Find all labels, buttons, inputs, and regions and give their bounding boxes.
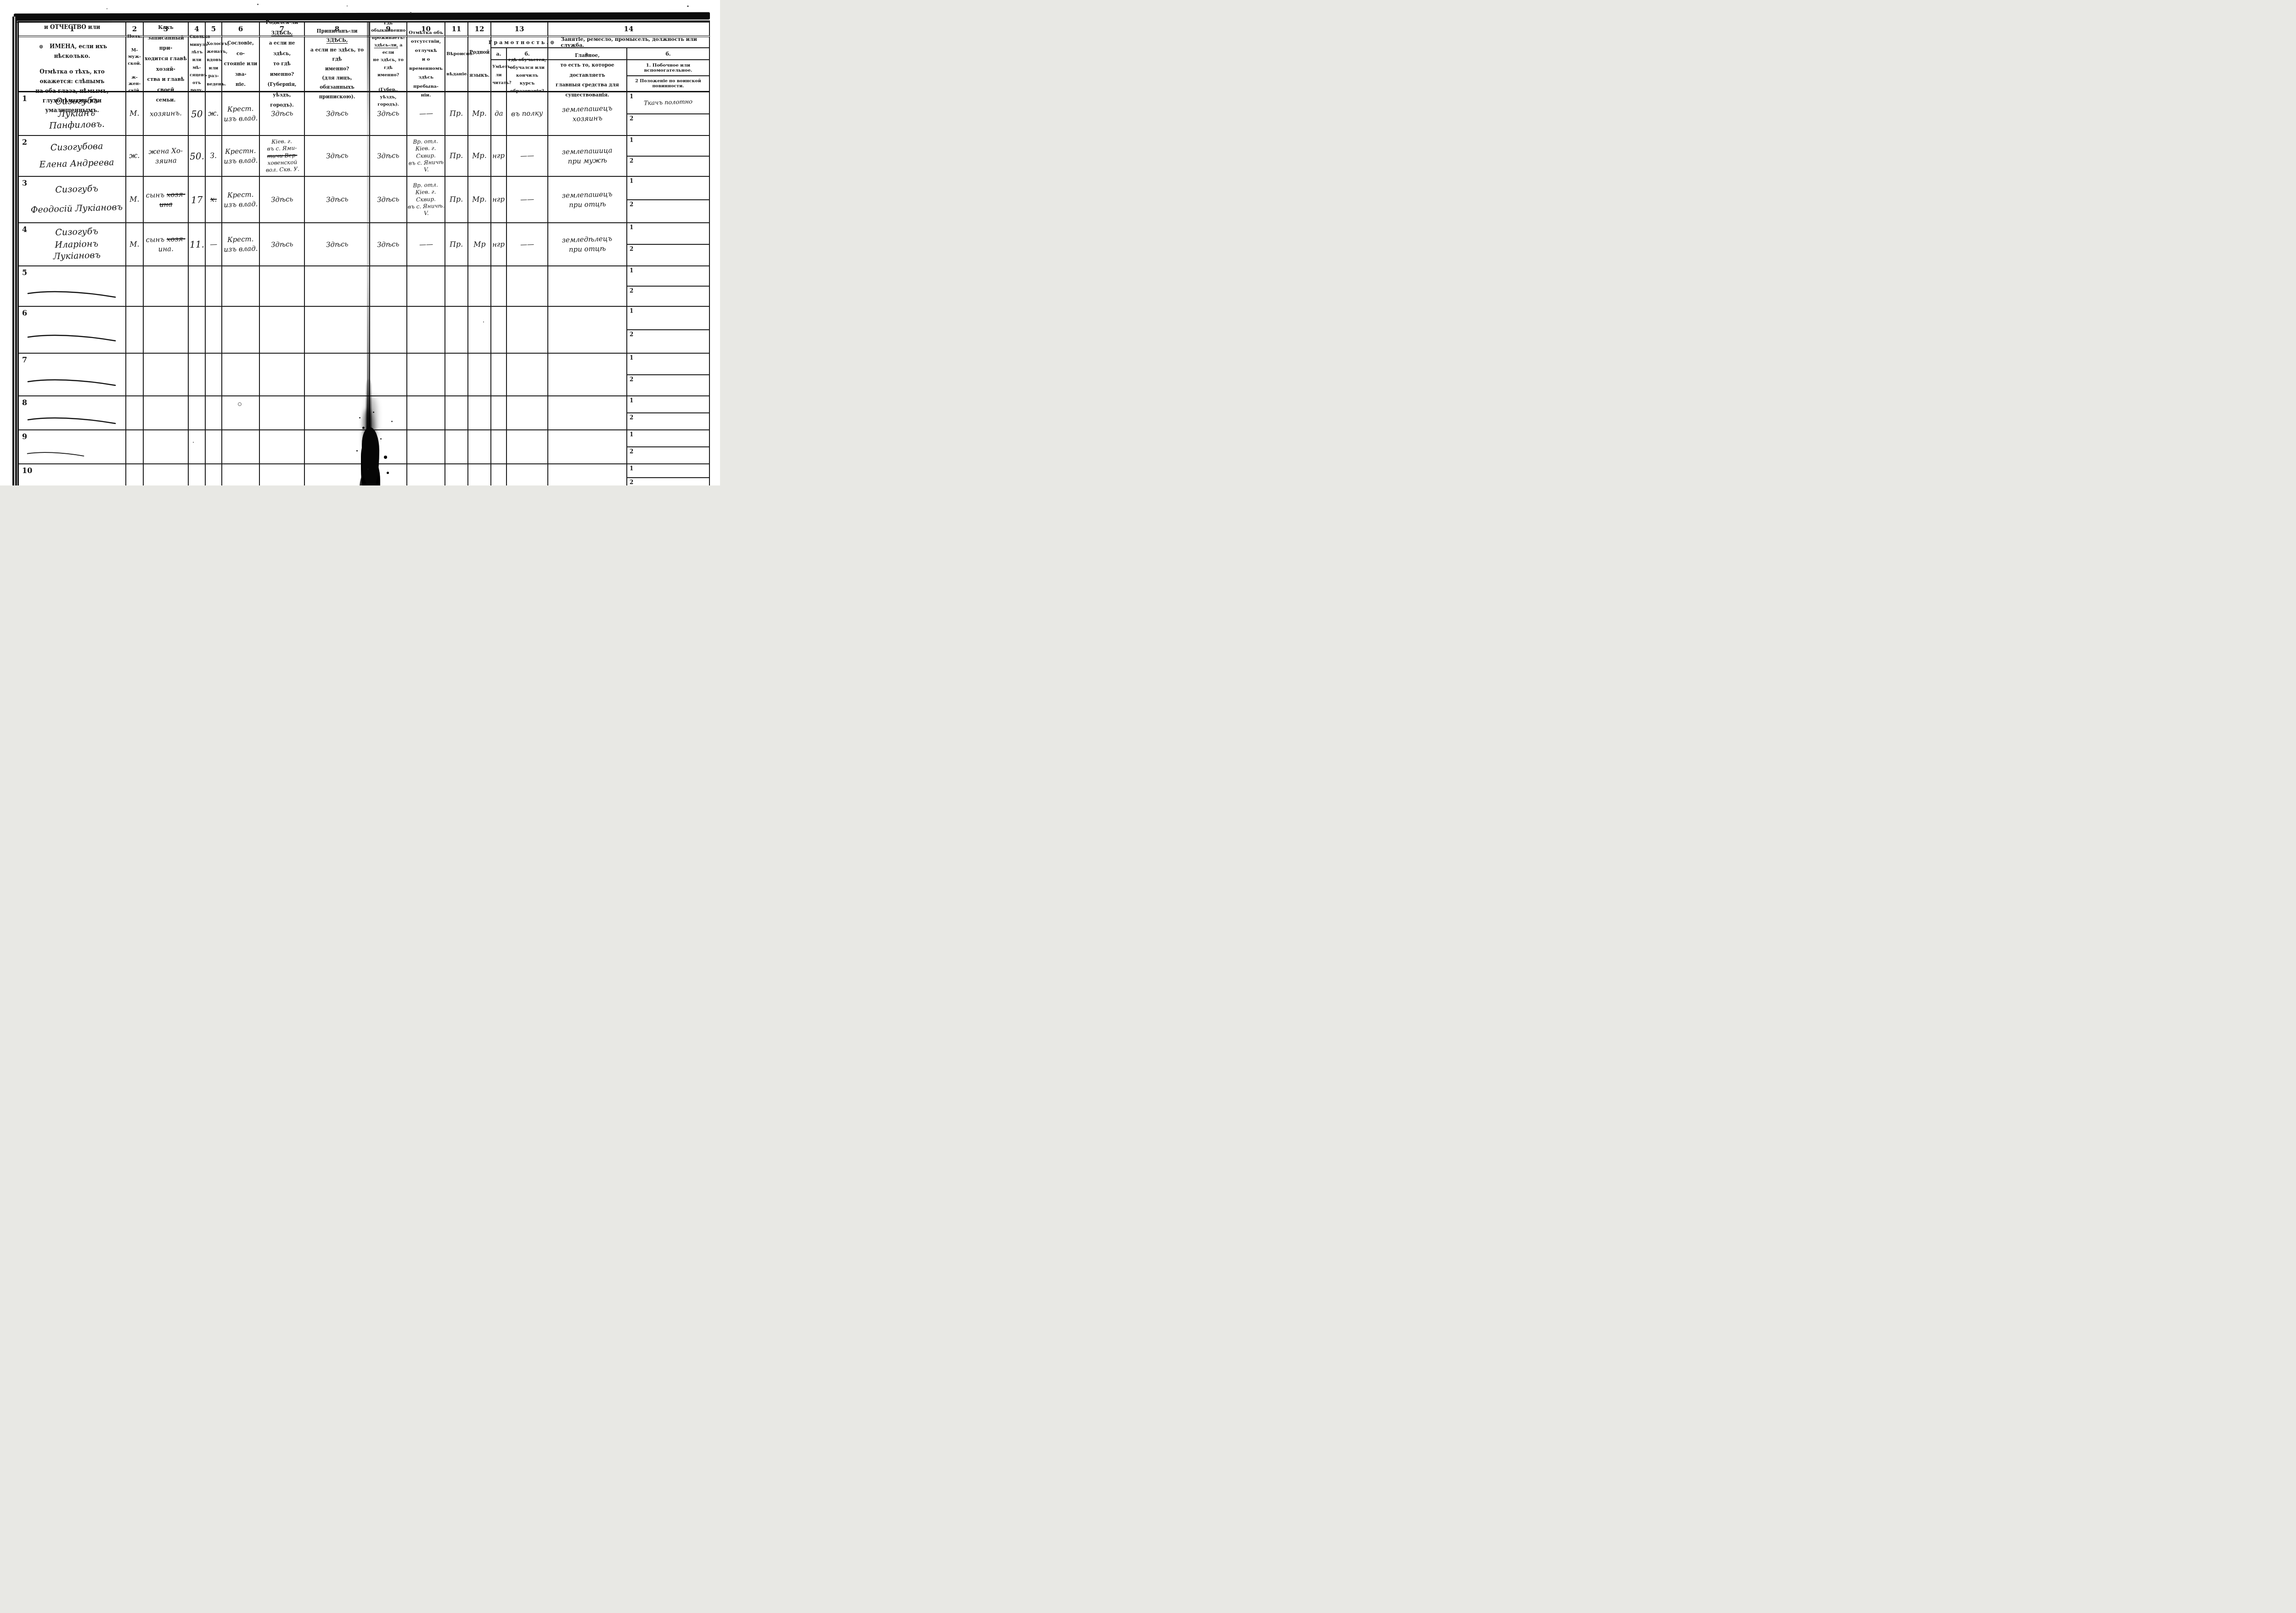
cell-language-row-10 xyxy=(468,464,491,485)
cell-born-row-4: Здѣсь xyxy=(260,223,305,266)
sub-row-1: 1 xyxy=(627,136,709,157)
cell-age-row-4: 11. xyxy=(189,223,206,266)
cell-relation-row-5 xyxy=(144,266,189,307)
cell-born-row-7 xyxy=(260,354,305,396)
cell-registered-row-4: Здѣсь xyxy=(305,223,370,266)
cell-side-occupation-row-2: 12 xyxy=(627,136,710,177)
person-name: СизогубъФеодосій Лукіановъ xyxy=(30,180,124,219)
cell-marital-row-10 xyxy=(206,464,222,485)
column-number: 6 xyxy=(222,23,260,37)
column-13a-label: а. xyxy=(491,48,507,60)
cell-absence-row-8 xyxy=(407,396,445,430)
ink-splatter xyxy=(373,412,374,413)
cell-absence-row-6 xyxy=(407,307,445,354)
sub-row-number: 2 xyxy=(630,331,633,338)
cell-school-row-1: въ полку xyxy=(507,92,548,136)
cell-resides-row-4: Здѣсь xyxy=(370,223,407,266)
column-14b1-header-side-occupation: 1. Побочное или вспомогательное. xyxy=(627,60,710,76)
row-number: 5 xyxy=(22,268,27,277)
cell-relation-row-2: жена Хо-зяина xyxy=(144,136,189,177)
cell-language-row-4: Мр xyxy=(468,223,491,266)
cell-literacy-row-3: нгр xyxy=(491,177,507,223)
cell-marital-row-3: х. xyxy=(206,177,222,223)
column-14-header-occupation-title: ⊛Занятіе, ремесло, промыселъ, должность … xyxy=(548,37,710,48)
scan-edge-left xyxy=(12,17,17,485)
cell-absence-row-4: —— xyxy=(407,223,445,266)
cell-side-occupation-row-7: 12 xyxy=(627,354,710,396)
handwritten-entry: Здѣсь xyxy=(326,239,348,250)
column-4-header-age: Сколько минуло лѣтъ или мѣ- сяцевъ отъ р… xyxy=(189,37,206,92)
column-13-header-literacy-title: Грамотность. xyxy=(491,37,548,48)
sub-row-1: 1 xyxy=(627,266,709,287)
cell-literacy-row-5 xyxy=(491,266,507,307)
handwritten-entry: х. xyxy=(210,194,217,205)
sub-row-number: 1 xyxy=(630,137,633,143)
cell-registered-row-5 xyxy=(305,266,370,307)
handwritten-entry: Пр. xyxy=(450,239,463,249)
cell-registered-row-1: Здѣсь xyxy=(305,92,370,136)
cell-literacy-row-6 xyxy=(491,307,507,354)
cell-language-row-1: Мр. xyxy=(468,92,491,136)
cell-born-row-6 xyxy=(260,307,305,354)
sub-row-1: 1 xyxy=(627,354,709,375)
cell-side-occupation-row-8: 12 xyxy=(627,396,710,430)
cell-relation-row-1: хозяинъ. xyxy=(144,92,189,136)
cell-relation-row-6 xyxy=(144,307,189,354)
sub-row-1: 1 xyxy=(627,464,709,478)
cell-registered-row-2: Здѣсь xyxy=(305,136,370,177)
cell-born-row-5 xyxy=(260,266,305,307)
handwritten-entry: М. xyxy=(129,194,140,205)
cell-registered-row-10 xyxy=(305,464,370,485)
sub-row-1: 1Ткачъ полотно xyxy=(627,92,709,114)
cell-marital-row-2: З. xyxy=(206,136,222,177)
cell-sex-row-9 xyxy=(126,430,144,464)
handwritten-entry: Иларіонъ Лукіановъ xyxy=(29,237,124,263)
cell-born-row-3: Здѣсь xyxy=(260,177,305,223)
cell-side-occupation-row-4: 12 xyxy=(627,223,710,266)
cell-occupation-row-10 xyxy=(548,464,627,485)
cell-estate-row-7 xyxy=(222,354,260,396)
sub-row-1: 1 xyxy=(627,430,709,447)
cell-estate-row-4: Крест.изъ влад. xyxy=(222,223,260,266)
cancellation-stroke xyxy=(26,375,117,387)
cell-age-row-5 xyxy=(189,266,206,307)
cell-estate-row-5 xyxy=(222,266,260,307)
cancellation-stroke xyxy=(26,331,117,343)
cell-occupation-row-2: землепашицапри мужѣ xyxy=(548,136,627,177)
cell-sex-row-4: М. xyxy=(126,223,144,266)
cell-absence-row-10 xyxy=(407,464,445,485)
cell-age-row-9 xyxy=(189,430,206,464)
name-cell-row-1: 1СизогубъЛукіанъ Панфиловъ. xyxy=(19,92,126,136)
cell-absence-row-9 xyxy=(407,430,445,464)
sub-row-number: 2 xyxy=(630,158,633,164)
cell-estate-row-1: Крест.изъ влад. xyxy=(222,92,260,136)
dust-speck xyxy=(602,195,602,196)
cell-estate-row-6 xyxy=(222,307,260,354)
cell-religion-row-3: Пр. xyxy=(445,177,468,223)
handwritten-entry: Ткачъ полотно xyxy=(644,98,693,107)
ring-mark xyxy=(238,402,242,406)
sub-row-number: 1 xyxy=(630,308,633,314)
cell-estate-row-9 xyxy=(222,430,260,464)
name-cell-row-3: 3СизогубъФеодосій Лукіановъ xyxy=(19,177,126,223)
cell-registered-row-6 xyxy=(305,307,370,354)
column-2-header-sex: Полъ. М-муж- ской. ж-жен- скій. xyxy=(126,37,144,92)
cell-registered-row-8 xyxy=(305,396,370,430)
cell-registered-row-3: Здѣсь xyxy=(305,177,370,223)
row-number: 9 xyxy=(22,432,27,441)
name-cell-row-7: 7 xyxy=(19,354,126,396)
cell-school-row-8 xyxy=(507,396,548,430)
cell-registered-row-9 xyxy=(305,430,370,464)
sub-row-2: 2 xyxy=(627,114,709,135)
cell-estate-row-10 xyxy=(222,464,260,485)
cell-relation-row-7 xyxy=(144,354,189,396)
handwritten-entry: Крест.изъ влад. xyxy=(223,103,258,124)
sub-row-1: 1 xyxy=(627,177,709,200)
handwritten-entry: хозяинъ. xyxy=(150,108,182,119)
column-number: 11 xyxy=(445,23,468,37)
column-14b2-header-military-status: 2 Положеніе по воинской повинности. xyxy=(627,76,710,92)
sub-row-number: 1 xyxy=(630,93,633,100)
cell-occupation-row-9 xyxy=(548,430,627,464)
handwritten-entry: М. xyxy=(129,239,140,249)
cell-resides-row-1: Здѣсь xyxy=(370,92,407,136)
cell-born-row-8 xyxy=(260,396,305,430)
sub-row-1: 1 xyxy=(627,307,709,330)
handwritten-entry: —— xyxy=(520,195,535,205)
cell-age-row-6 xyxy=(189,307,206,354)
cell-absence-row-7 xyxy=(407,354,445,396)
cell-side-occupation-row-3: 12 xyxy=(627,177,710,223)
cell-occupation-row-8 xyxy=(548,396,627,430)
cell-absence-row-5 xyxy=(407,266,445,307)
handwritten-entry: —— xyxy=(419,109,433,119)
asterisk-icon: ⊛ xyxy=(39,44,43,50)
row-number: 4 xyxy=(22,225,27,234)
handwritten-entry: Здѣсь xyxy=(326,194,348,205)
cell-marital-row-6 xyxy=(206,307,222,354)
row-number: 3 xyxy=(22,179,27,187)
cell-occupation-row-6 xyxy=(548,307,627,354)
cell-age-row-10 xyxy=(189,464,206,485)
dust-speck xyxy=(410,12,411,13)
row-number: 10 xyxy=(22,466,32,475)
cell-absence-row-2: Вр. отл.Кіев. г. Сквир.въ с. ЯничѣV. xyxy=(407,136,445,177)
sub-row-2: 2 xyxy=(627,200,709,223)
cell-sex-row-3: М. xyxy=(126,177,144,223)
cell-age-row-1: 50 xyxy=(189,92,206,136)
sub-row-2: 2 xyxy=(627,157,709,176)
cell-born-row-10 xyxy=(260,464,305,485)
row-number: 6 xyxy=(22,309,27,317)
cell-side-occupation-row-1: 1Ткачъ полотно2 xyxy=(627,92,710,136)
cell-school-row-3: —— xyxy=(507,177,548,223)
cell-language-row-2: Мр. xyxy=(468,136,491,177)
cell-age-row-8 xyxy=(189,396,206,430)
sub-row-number: 1 xyxy=(630,224,633,231)
column-14b-label: б. xyxy=(627,48,710,60)
handwritten-entry: ж. xyxy=(129,151,140,161)
column-10-header-absence: Отмѣтка объ отсутствіи, отлучкѣ и о врем… xyxy=(407,37,445,92)
cell-literacy-row-1: да xyxy=(491,92,507,136)
handwritten-entry: нгр xyxy=(492,151,505,161)
cell-sex-row-2: ж. xyxy=(126,136,144,177)
handwritten-entry: — xyxy=(210,239,218,250)
handwritten-entry: землепашицапри мужѣ xyxy=(562,146,613,166)
name-cell-row-4: 4СизогубъИларіонъ Лукіановъ xyxy=(19,223,126,266)
sub-row-number: 1 xyxy=(630,178,633,184)
sub-row-number: 2 xyxy=(630,288,633,294)
sub-row-number: 1 xyxy=(630,397,633,404)
handwritten-entry: —— xyxy=(520,151,535,161)
handwritten-entry: Мр. xyxy=(472,194,487,205)
cell-relation-row-10 xyxy=(144,464,189,485)
handwritten-entry: да xyxy=(494,109,503,119)
dust-speck xyxy=(347,6,348,6)
person-name: СизогубъЛукіанъ Панфиловъ. xyxy=(30,95,124,131)
sub-row-number: 1 xyxy=(630,355,633,361)
cell-language-row-9 xyxy=(468,430,491,464)
sub-row-number: 2 xyxy=(630,479,633,485)
cell-sex-row-10 xyxy=(126,464,144,485)
cell-language-row-5 xyxy=(468,266,491,307)
cell-relation-row-3: сынъ хозя-ина xyxy=(144,177,189,223)
cell-resides-row-5 xyxy=(370,266,407,307)
cell-occupation-row-3: землепашецъпри отцѣ xyxy=(548,177,627,223)
cell-age-row-3: 17 xyxy=(189,177,206,223)
cell-age-row-7 xyxy=(189,354,206,396)
cell-religion-row-10 xyxy=(445,464,468,485)
sub-row-2: 2 xyxy=(627,287,709,306)
cell-sex-row-1: М. xyxy=(126,92,144,136)
sub-row-2: 2 xyxy=(627,478,709,485)
handwritten-entry: Пр. xyxy=(450,108,463,119)
column-11-header-religion: Вѣроиспо- вѣданіе. xyxy=(445,37,468,92)
column-6-header-estate: Сословіе, со- стояніе или зва- ніе. xyxy=(222,37,260,92)
cell-literacy-row-9 xyxy=(491,430,507,464)
handwritten-entry: З. xyxy=(210,151,217,161)
cell-born-row-1: Здѣсь xyxy=(260,92,305,136)
cell-language-row-6 xyxy=(468,307,491,354)
row-number: 7 xyxy=(22,355,27,364)
cell-occupation-row-1: землепашецъхозяинъ xyxy=(548,92,627,136)
handwritten-entry: Пр. xyxy=(450,194,463,205)
handwritten-entry: Сизогубова xyxy=(30,140,124,154)
handwritten-entry: Здѣсь xyxy=(377,239,400,250)
cell-relation-row-9 xyxy=(144,430,189,464)
column-1-header: ФАМИЛІЯ, (прозвище), ИМЯ и ОТЧЕСТВО или … xyxy=(19,37,126,92)
census-table: 1 2 3 4 5 6 7 8 9 10 11 12 13 14 ФАМИЛІЯ… xyxy=(17,21,710,485)
handwritten-entry: Крестн.изъ влад. xyxy=(223,146,258,166)
handwritten-entry: Крест.изъ влад. xyxy=(223,189,258,209)
cell-school-row-7 xyxy=(507,354,548,396)
handwritten-entry: Здѣсь xyxy=(377,151,400,161)
asterisk-icon: ⊛ xyxy=(550,39,554,45)
cell-school-row-4: —— xyxy=(507,223,548,266)
name-cell-row-10: 10 xyxy=(19,464,126,485)
column-9-header-residence: Гдѣ обыкновенно проживаетъ: здѣсь-ли, а … xyxy=(370,37,407,92)
cell-religion-row-1: Пр. xyxy=(445,92,468,136)
dust-speck xyxy=(483,321,484,322)
person-name: СизогубоваЕлена Андреева xyxy=(30,139,124,172)
cell-registered-row-7 xyxy=(305,354,370,396)
column-14a-header-main-occupation: Главное, то есть то, которое доставляетъ… xyxy=(548,60,627,92)
handwritten-entry: —— xyxy=(520,239,535,249)
name-cell-row-6: 6 xyxy=(19,307,126,354)
cell-religion-row-5 xyxy=(445,266,468,307)
handwritten-entry: нгр xyxy=(492,239,505,249)
cell-born-row-2: Кіев. г.въ с. Ями-тичи Вер-ховенскойвол.… xyxy=(260,136,305,177)
cell-religion-row-2: Пр. xyxy=(445,136,468,177)
name-cell-row-8: 8 xyxy=(19,396,126,430)
cell-language-row-7 xyxy=(468,354,491,396)
cell-religion-row-9 xyxy=(445,430,468,464)
handwritten-entry: Крест.изъ влад. xyxy=(223,234,258,254)
handwritten-entry: Здѣсь xyxy=(326,151,348,161)
cell-school-row-2: —— xyxy=(507,136,548,177)
column-3-header-relation: Какъ записанный при- ходится главѣ хозяй… xyxy=(144,37,189,92)
handwritten-entry: 50 xyxy=(191,107,203,120)
cell-religion-row-7 xyxy=(445,354,468,396)
cell-relation-row-4: сынъ хозя-ина. xyxy=(144,223,189,266)
handwritten-entry: Здѣсь xyxy=(270,239,293,250)
handwritten-entry: Мр xyxy=(473,239,485,249)
handwritten-entry: въ полку xyxy=(511,108,543,119)
cell-literacy-row-8 xyxy=(491,396,507,430)
sub-row-number: 1 xyxy=(630,431,633,438)
handwritten-entry: Пр. xyxy=(450,151,463,161)
name-cell-row-9: 9 xyxy=(19,430,126,464)
handwritten-entry: 50. xyxy=(189,149,204,163)
handwritten-entry: земледѣлецъпри отцѣ xyxy=(562,234,613,254)
handwritten-entry: сынъ хозя-ина xyxy=(146,189,186,210)
handwritten-entry: Здѣсь xyxy=(377,108,400,119)
column-number: 12 xyxy=(468,23,491,37)
cell-occupation-row-5 xyxy=(548,266,627,307)
handwritten-entry: Здѣсь xyxy=(326,108,348,119)
cell-side-occupation-row-5: 12 xyxy=(627,266,710,307)
row-number: 1 xyxy=(22,94,27,103)
cancellation-stroke xyxy=(26,413,117,425)
cell-language-row-8 xyxy=(468,396,491,430)
name-cell-row-5: 5 xyxy=(19,266,126,307)
sub-row-number: 2 xyxy=(630,201,633,208)
cell-side-occupation-row-10: 12 xyxy=(627,464,710,485)
cell-absence-row-3: Вр. отл.Кіев. г. Сквир.въ с. Яничѣ.V. xyxy=(407,177,445,223)
dust-speck xyxy=(193,442,194,443)
sub-row-number: 2 xyxy=(630,414,633,421)
handwritten-entry: Елена Андреева xyxy=(30,157,124,171)
column-13a-header-reads: Умѣетъ- ли читать? xyxy=(491,60,507,92)
column-7-header-birthplace: Родился-ли ЗДѢСЬ, а если не здѣсь, то гд… xyxy=(260,37,305,92)
cell-estate-row-8 xyxy=(222,396,260,430)
cell-resides-row-7 xyxy=(370,354,407,396)
sub-row-1: 1 xyxy=(627,223,709,245)
cell-school-row-10 xyxy=(507,464,548,485)
cell-side-occupation-row-6: 12 xyxy=(627,307,710,354)
cell-school-row-5 xyxy=(507,266,548,307)
cell-language-row-3: Мр. xyxy=(468,177,491,223)
cell-side-occupation-row-9: 12 xyxy=(627,430,710,464)
handwritten-entry: Сизогубъ xyxy=(30,94,124,108)
cell-marital-row-8 xyxy=(206,396,222,430)
ink-smudge xyxy=(366,379,371,434)
cell-literacy-row-7 xyxy=(491,354,507,396)
handwritten-entry: ж. xyxy=(208,108,219,119)
sub-row-number: 2 xyxy=(630,448,633,455)
handwritten-entry: землепашецъхозяинъ xyxy=(562,103,613,124)
cell-estate-row-3: Крест.изъ влад. xyxy=(222,177,260,223)
handwritten-entry: Сизогубъ xyxy=(30,182,124,197)
column-5-header-marital: Холостъ, женатъ, вдовъ или раз- веденъ. xyxy=(206,37,222,92)
cell-religion-row-4: Пр. xyxy=(445,223,468,266)
cell-school-row-9 xyxy=(507,430,548,464)
dust-speck xyxy=(687,6,689,7)
census-sheet-page: 1 2 3 4 5 6 7 8 9 10 11 12 13 14 ФАМИЛІЯ… xyxy=(0,0,720,485)
cancellation-stroke xyxy=(26,447,85,459)
sub-row-number: 1 xyxy=(630,267,633,274)
person-name: СизогубъИларіонъ Лукіановъ xyxy=(30,226,124,262)
cell-literacy-row-10 xyxy=(491,464,507,485)
handwritten-entry: землепашецъпри отцѣ xyxy=(562,189,613,210)
cell-relation-row-8 xyxy=(144,396,189,430)
column-number: 14 xyxy=(548,23,710,37)
sub-row-2: 2 xyxy=(627,375,709,396)
sub-row-number: 2 xyxy=(630,246,633,252)
cell-religion-row-8 xyxy=(445,396,468,430)
cell-born-row-9 xyxy=(260,430,305,464)
cell-sex-row-7 xyxy=(126,354,144,396)
cell-religion-row-6 xyxy=(445,307,468,354)
cancellation-stroke xyxy=(26,287,117,299)
cell-marital-row-7 xyxy=(206,354,222,396)
cell-resides-row-2: Здѣсь xyxy=(370,136,407,177)
column-12-header-language: Родной языкъ. xyxy=(468,37,491,92)
handwritten-entry: М. xyxy=(129,108,140,119)
cell-marital-row-5 xyxy=(206,266,222,307)
cell-resides-row-8 xyxy=(370,396,407,430)
handwritten-entry: Феодосій Лукіановъ xyxy=(30,202,124,216)
handwritten-entry: Вр. отл.Кіев. г. Сквир.въ с. ЯничѣV. xyxy=(407,138,445,174)
cell-marital-row-9 xyxy=(206,430,222,464)
cell-resides-row-3: Здѣсь xyxy=(370,177,407,223)
handwritten-entry: Сизогубъ xyxy=(30,225,124,239)
dust-speck xyxy=(107,8,107,9)
sub-row-number: 1 xyxy=(630,465,633,472)
sub-row-number: 2 xyxy=(630,376,633,383)
handwritten-entry: Вр. отл.Кіев. г. Сквир.въ с. Яничѣ.V. xyxy=(407,181,445,218)
cell-literacy-row-4: нгр xyxy=(491,223,507,266)
column-13b-header-education: гдѣ обучается, обучался или кончилъ курс… xyxy=(507,60,548,92)
sub-row-1: 1 xyxy=(627,396,709,413)
handwritten-entry: нгр xyxy=(492,195,505,205)
cell-resides-row-6 xyxy=(370,307,407,354)
cell-school-row-6 xyxy=(507,307,548,354)
scan-edge-top xyxy=(14,12,710,21)
sub-row-2: 2 xyxy=(627,447,709,463)
handwritten-entry: Здѣсь xyxy=(270,108,293,119)
handwritten-entry: Мр. xyxy=(472,151,487,161)
sub-row-2: 2 xyxy=(627,330,709,353)
sub-row-number: 2 xyxy=(630,115,633,122)
row-number: 8 xyxy=(22,398,27,407)
cell-occupation-row-4: земледѣлецъпри отцѣ xyxy=(548,223,627,266)
handwritten-entry: жена Хо-зяина xyxy=(148,146,183,166)
handwritten-entry: 11. xyxy=(189,238,204,251)
